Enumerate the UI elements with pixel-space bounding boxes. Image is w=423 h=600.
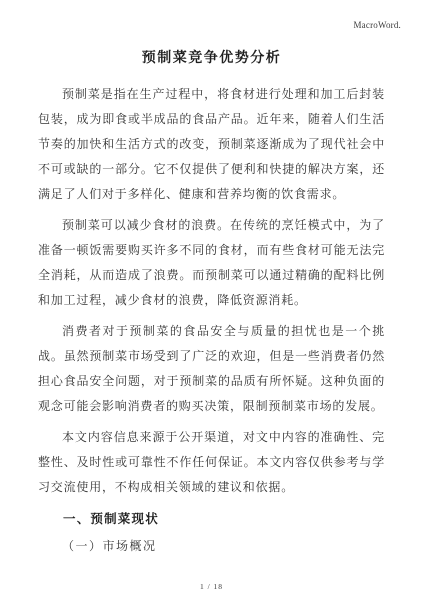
paragraph-consumer-concerns: 消费者对于预制菜的食品安全与质量的担忧也是一个挑战。虽然预制菜市场受到了广泛的欢…: [38, 319, 385, 419]
paragraph-intro: 预制菜是指在生产过程中，将食材进行处理和加工后封装包装，成为即食或半成品的食品产…: [38, 82, 385, 207]
page-title: 预制菜竞争优势分析: [0, 0, 423, 68]
page-number: 1 / 18: [0, 582, 423, 591]
subsection-heading-market-overview: （一）市场概况: [38, 534, 385, 559]
document-body: 预制菜是指在生产过程中，将食材进行处理和加工后封装包装，成为即食或半成品的食品产…: [0, 82, 423, 559]
document-page: MacroWord. 预制菜竞争优势分析 预制菜是指在生产过程中，将食材进行处理…: [0, 0, 423, 600]
paragraph-waste-reduction: 预制菜可以减少食材的浪费。在传统的烹饪模式中，为了准备一顿饭需要购买许多不同的食…: [38, 213, 385, 313]
section-heading-current-status: 一、预制菜现状: [38, 507, 385, 532]
paragraph-disclaimer: 本文内容信息来源于公开渠道，对文中内容的准确性、完整性、及时性或可靠性不作任何保…: [38, 425, 385, 500]
header-brand: MacroWord.: [353, 20, 401, 31]
